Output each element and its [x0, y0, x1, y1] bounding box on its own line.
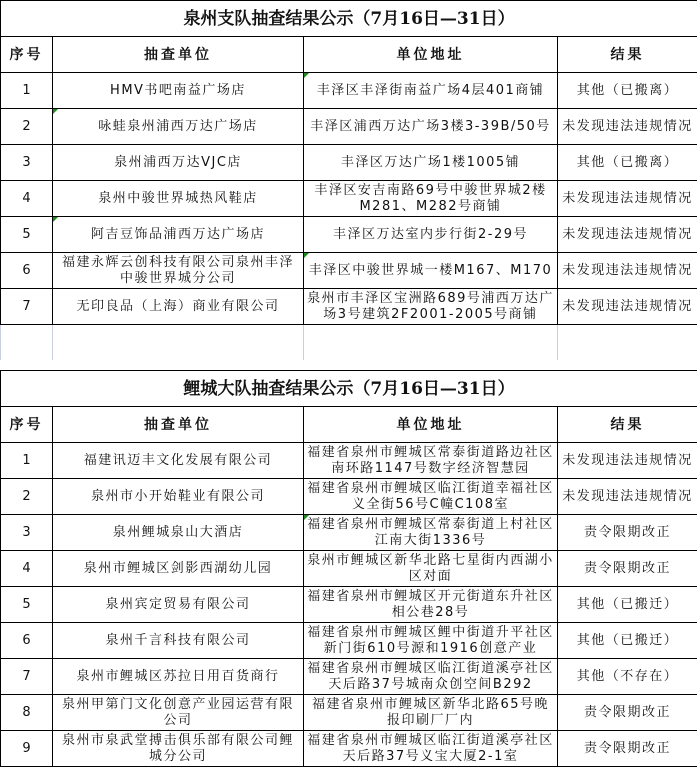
row-unit: 泉州千言科技有限公司 — [53, 623, 304, 659]
row-index: 1 — [1, 73, 53, 109]
row-index: 5 — [1, 217, 53, 253]
table-licheng-brigade: 鲤城大队抽查结果公示（7月16日—31日） 序号 抽查单位 单位地址 结果 1 … — [0, 370, 697, 767]
column-header-address: 单位地址 — [304, 407, 558, 443]
row-address: 丰泽区万达广场1楼1005铺 — [304, 145, 558, 181]
row-result: 其他（已搬迁） — [558, 623, 697, 659]
table-quanzhou-detachment: 泉州支队抽查结果公示（7月16日—31日） 序号 抽查单位 单位地址 结果 1 … — [0, 0, 697, 360]
row-result: 未发现违法违规情况 — [558, 443, 697, 479]
row-result: 责令限期改正 — [558, 731, 697, 767]
row-unit: 福建讯迈丰文化发展有限公司 — [53, 443, 304, 479]
row-unit: 泉州中骏世界城热风鞋店 — [53, 181, 304, 217]
row-address: 泉州市丰泽区宝洲路689号浦西万达广场3号建筑2F2001-2005号商铺 — [304, 289, 558, 325]
table-row: 7 泉州市鲤城区苏拉日用百货商行 福建省泉州市鲤城区临江街道溪亭社区天后路37号… — [1, 659, 697, 695]
row-unit: 泉州宾定贸易有限公司 — [53, 587, 304, 623]
row-address: 福建省泉州市鲤城区临江街道幸福社区义全街56号C幢C108室 — [304, 479, 558, 515]
row-address: 福建省泉州市鲤城区临江街道溪亭社区天后路37号义宝大厦2-1室 — [304, 731, 558, 767]
comment-marker-icon — [53, 217, 58, 222]
row-unit: 泉州浦西万达VJC店 — [53, 145, 304, 181]
column-header-address: 单位地址 — [304, 37, 558, 73]
empty-cell — [304, 325, 558, 361]
table-row: 1 HMV书吧南益广场店 丰泽区丰泽街南益广场4层401商铺 其他（已搬离） — [1, 73, 697, 109]
empty-cell — [1, 325, 53, 361]
row-result: 未发现违法违规情况 — [558, 479, 697, 515]
row-address: 福建省泉州市鲤城区新华北路65号晚报印刷厂厂内 — [304, 695, 558, 731]
column-header-index: 序号 — [1, 407, 53, 443]
row-index: 4 — [1, 181, 53, 217]
row-address: 泉州市鲤城区新华北路七星街内西湖小区对面 — [304, 551, 558, 587]
column-header-index: 序号 — [1, 37, 53, 73]
table-row: 3 泉州鲤城泉山大酒店 福建省泉州市鲤城区常泰街道上村社区江南大街1336号 责… — [1, 515, 697, 551]
empty-spacer-row — [1, 325, 697, 361]
column-header-result: 结果 — [558, 407, 697, 443]
row-index: 2 — [1, 479, 53, 515]
row-index: 1 — [1, 443, 53, 479]
table-row: 7 无印良品（上海）商业有限公司 泉州市丰泽区宝洲路689号浦西万达广场3号建筑… — [1, 289, 697, 325]
row-result: 未发现违法违规情况 — [558, 217, 697, 253]
row-index: 7 — [1, 659, 53, 695]
row-address: 福建省泉州市鲤城区鲤中街道升平社区新门街610号源和1916创意产业 — [304, 623, 558, 659]
row-result: 其他（已搬离） — [558, 73, 697, 109]
table-row: 9 泉州市泉武堂搏击俱乐部有限公司鲤城分公司 福建省泉州市鲤城区临江街道溪亭社区… — [1, 731, 697, 767]
row-unit: 泉州市鲤城区苏拉日用百货商行 — [53, 659, 304, 695]
empty-cell — [53, 325, 304, 361]
table-row: 6 泉州千言科技有限公司 福建省泉州市鲤城区鲤中街道升平社区新门街610号源和1… — [1, 623, 697, 659]
table-row: 3 泉州浦西万达VJC店 丰泽区万达广场1楼1005铺 其他（已搬离） — [1, 145, 697, 181]
row-address: 丰泽区浦西万达广场3楼3-39B/50号 — [304, 109, 558, 145]
table-row: 4 泉州中骏世界城热风鞋店 丰泽区安吉南路69号中骏世界城2楼M281、M282… — [1, 181, 697, 217]
empty-cell — [558, 325, 697, 361]
table-row: 1 福建讯迈丰文化发展有限公司 福建省泉州市鲤城区常泰街道路边社区南环路1147… — [1, 443, 697, 479]
row-index: 3 — [1, 145, 53, 181]
table-row: 8 泉州甲第门文化创意产业园运营有限公司 福建省泉州市鲤城区新华北路65号晚报印… — [1, 695, 697, 731]
column-header-unit: 抽查单位 — [53, 407, 304, 443]
row-result: 其他（不存在） — [558, 659, 697, 695]
row-unit: 泉州鲤城泉山大酒店 — [53, 515, 304, 551]
column-header-result: 结果 — [558, 37, 697, 73]
table-row: 4 泉州市鲤城区剑影西湖幼儿园 泉州市鲤城区新华北路七星街内西湖小区对面 责令限… — [1, 551, 697, 587]
row-index: 2 — [1, 109, 53, 145]
row-address: 丰泽区万达室内步行街2-29号 — [304, 217, 558, 253]
row-index: 3 — [1, 515, 53, 551]
row-result: 责令限期改正 — [558, 515, 697, 551]
comment-marker-icon — [304, 515, 309, 520]
table-row: 2 咏蛙泉州浦西万达广场店 丰泽区浦西万达广场3楼3-39B/50号 未发现违法… — [1, 109, 697, 145]
row-address: 福建省泉州市鲤城区常泰街道路边社区南环路1147号数字经济智慧园 — [304, 443, 558, 479]
row-unit: 无印良品（上海）商业有限公司 — [53, 289, 304, 325]
table-row: 5 阿吉豆饰品浦西万达广场店 丰泽区万达室内步行街2-29号 未发现违法违规情况 — [1, 217, 697, 253]
table-row: 6 福建永辉云创科技有限公司泉州丰泽中骏世界城分公司 丰泽区中骏世界城一楼M16… — [1, 253, 697, 289]
row-index: 7 — [1, 289, 53, 325]
row-result: 未发现违法违规情况 — [558, 109, 697, 145]
table-title: 鲤城大队抽查结果公示（7月16日—31日） — [1, 371, 697, 407]
row-index: 5 — [1, 587, 53, 623]
comment-marker-icon — [304, 253, 309, 258]
comment-marker-icon — [53, 109, 58, 114]
row-result: 其他（已搬离） — [558, 145, 697, 181]
row-index: 8 — [1, 695, 53, 731]
column-header-unit: 抽查单位 — [53, 37, 304, 73]
row-address: 丰泽区安吉南路69号中骏世界城2楼M281、M282号商铺 — [304, 181, 558, 217]
row-index: 9 — [1, 731, 53, 767]
row-unit: 阿吉豆饰品浦西万达广场店 — [53, 217, 304, 253]
table-title: 泉州支队抽查结果公示（7月16日—31日） — [1, 1, 697, 37]
comment-marker-icon — [304, 73, 309, 78]
table-row: 5 泉州宾定贸易有限公司 福建省泉州市鲤城区开元街道东升社区相公巷28号 其他（… — [1, 587, 697, 623]
row-address: 福建省泉州市鲤城区常泰街道上村社区江南大街1336号 — [304, 515, 558, 551]
row-unit: 咏蛙泉州浦西万达广场店 — [53, 109, 304, 145]
row-unit: 泉州甲第门文化创意产业园运营有限公司 — [53, 695, 304, 731]
row-result: 未发现违法违规情况 — [558, 253, 697, 289]
row-result: 责令限期改正 — [558, 551, 697, 587]
row-unit: 福建永辉云创科技有限公司泉州丰泽中骏世界城分公司 — [53, 253, 304, 289]
row-address: 丰泽区中骏世界城一楼M167、M170 — [304, 253, 558, 289]
row-result: 其他（已搬迁） — [558, 587, 697, 623]
table-row: 2 泉州市小开始鞋业有限公司 福建省泉州市鲤城区临江街道幸福社区义全街56号C幢… — [1, 479, 697, 515]
row-address: 丰泽区丰泽街南益广场4层401商铺 — [304, 73, 558, 109]
row-result: 未发现违法违规情况 — [558, 289, 697, 325]
row-address: 福建省泉州市鲤城区临江街道溪亭社区天后路37号城南众创空间B292 — [304, 659, 558, 695]
row-unit: 泉州市小开始鞋业有限公司 — [53, 479, 304, 515]
row-unit: 泉州市鲤城区剑影西湖幼儿园 — [53, 551, 304, 587]
row-result: 责令限期改正 — [558, 695, 697, 731]
row-unit: 泉州市泉武堂搏击俱乐部有限公司鲤城分公司 — [53, 731, 304, 767]
row-index: 6 — [1, 623, 53, 659]
row-result: 未发现违法违规情况 — [558, 181, 697, 217]
row-index: 6 — [1, 253, 53, 289]
row-unit: HMV书吧南益广场店 — [53, 73, 304, 109]
row-index: 4 — [1, 551, 53, 587]
row-address: 福建省泉州市鲤城区开元街道东升社区相公巷28号 — [304, 587, 558, 623]
